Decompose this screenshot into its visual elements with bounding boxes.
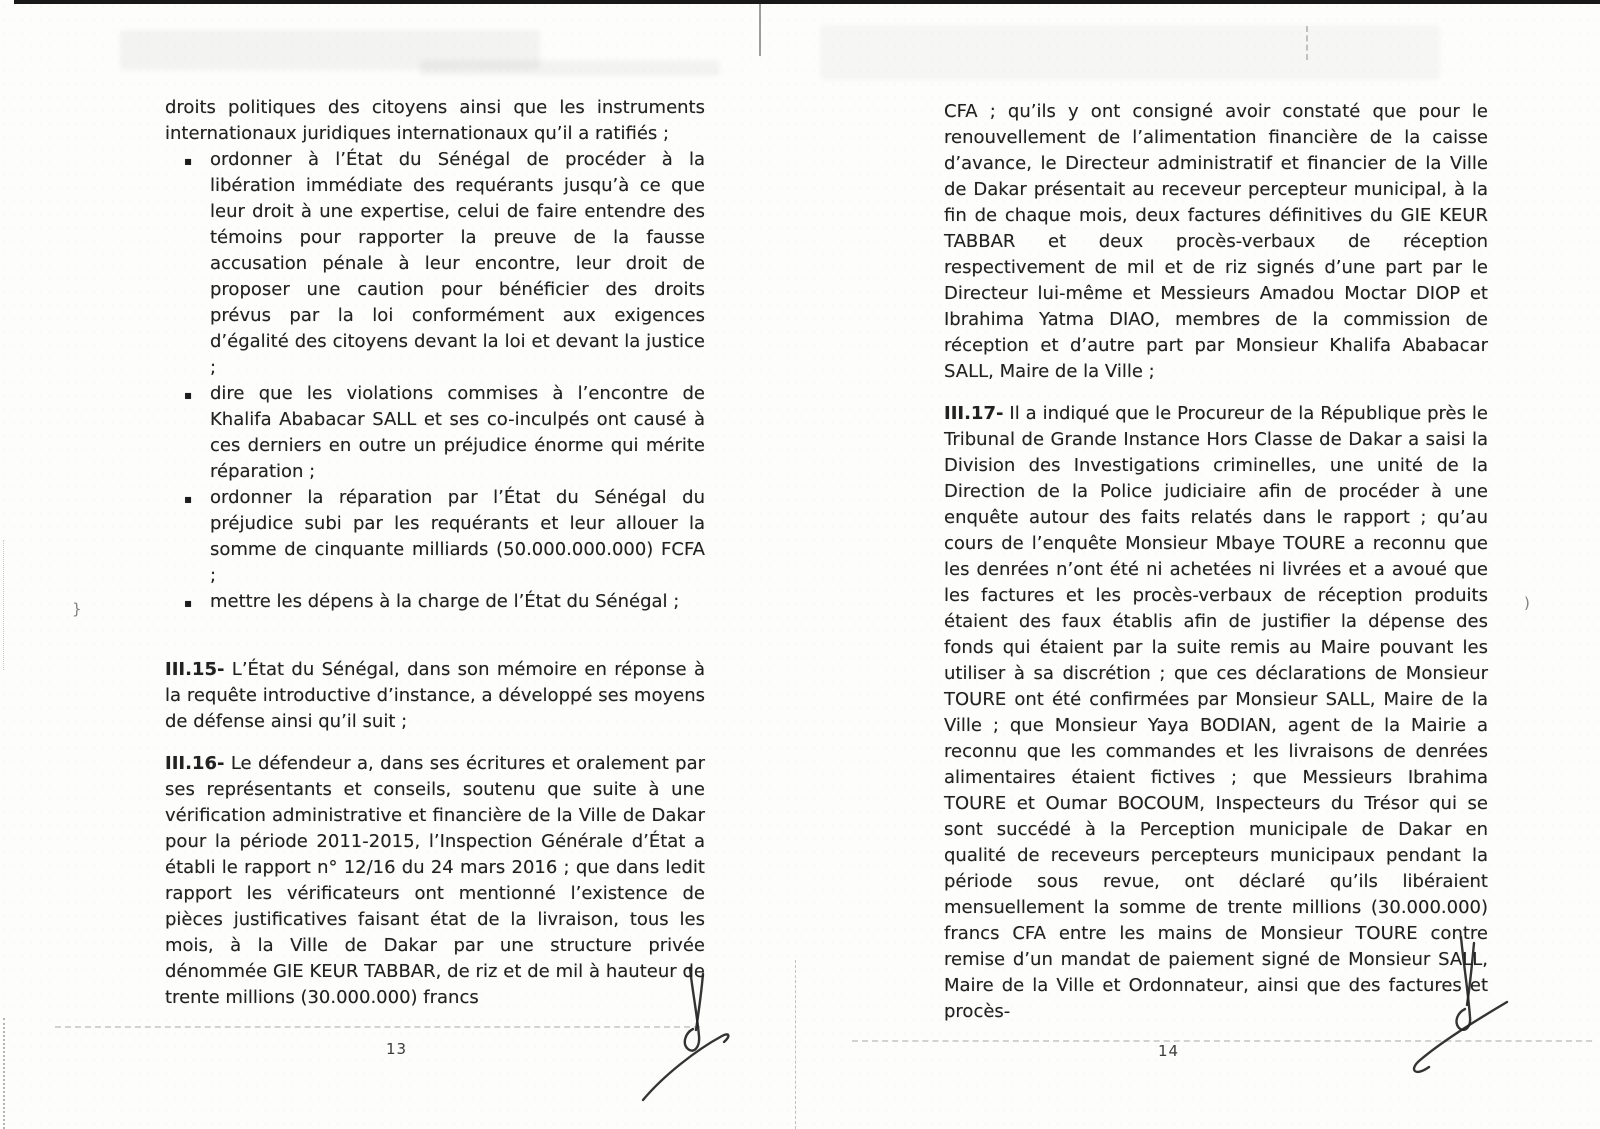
paragraph-text: Il a indiqué que le Procureur de la Répu… (944, 403, 1488, 1022)
square-bullet-icon: ▪ (184, 590, 192, 616)
square-bullet-icon: ▪ (184, 148, 192, 174)
scan-dash-line-right-page (852, 1040, 1592, 1042)
paragraph-text: L’État du Sénégal, dans son mémoire en r… (165, 659, 705, 732)
scan-edge-left-dots (3, 1018, 5, 1129)
list-item: ▪ ordonner la réparation par l’État du S… (210, 485, 705, 589)
continuation-paragraph: CFA ; qu’ils y ont consigné avoir consta… (944, 99, 1488, 385)
list-item-text: dire que les violations commises à l’enc… (210, 383, 705, 482)
page-number-13: 13 (386, 1040, 407, 1058)
list-item: ▪ ordonner à l’État du Sénégal de procéd… (210, 147, 705, 381)
paragraph-III-15: III.15- L’État du Sénégal, dans son mémo… (165, 657, 705, 735)
fold-line-top (759, 4, 761, 56)
page-14-text-column: CFA ; qu’ils y ont consigné avoir consta… (944, 99, 1488, 1025)
paragraph-III-16: III.16- Le défendeur a, dans ses écritur… (165, 751, 705, 1011)
paragraph-number: III.16- (165, 753, 224, 774)
scan-smudge (420, 60, 720, 76)
scan-edge-left-dots-mid (3, 540, 4, 670)
list-item-text: mettre les dépens à la charge de l’État … (210, 591, 679, 612)
scanned-document-spread: { "doc": { "kind": "scanned legal judgme… (0, 0, 1600, 1129)
page-13-text-column: droits politiques des citoyens ainsi que… (165, 95, 705, 1011)
list-item: ▪ dire que les violations commises à l’e… (210, 381, 705, 485)
petition-requests-list: ▪ ordonner à l’État du Sénégal de procéd… (165, 147, 705, 615)
scan-margin-artifact-left: } (72, 600, 82, 618)
list-item-text: ordonner la réparation par l’État du Sén… (210, 487, 705, 586)
paragraph-text: CFA ; qu’ils y ont consigné avoir consta… (944, 101, 1488, 382)
scan-smudge (820, 25, 1440, 80)
square-bullet-icon: ▪ (184, 382, 192, 408)
scan-margin-artifact-right: ) (1524, 594, 1530, 612)
paragraph-III-17: III.17- Il a indiqué que le Procureur de… (944, 401, 1488, 1025)
paragraph-number: III.17- (944, 403, 1003, 424)
scan-dash-line-left-page (55, 1026, 700, 1028)
square-bullet-icon: ▪ (184, 486, 192, 512)
scan-edge-top-bar (14, 0, 1600, 4)
list-item-text: ordonner à l’État du Sénégal de procéder… (210, 149, 705, 378)
list-item: ▪ mettre les dépens à la charge de l’Éta… (210, 589, 705, 615)
page-number-14: 14 (1158, 1042, 1179, 1060)
paragraph-number: III.15- (165, 659, 224, 680)
continuation-paragraph: droits politiques des citoyens ainsi que… (165, 95, 705, 147)
fold-line-center-bottom (795, 960, 796, 1129)
paragraph-text: Le défendeur a, dans ses écritures et or… (165, 753, 705, 1008)
